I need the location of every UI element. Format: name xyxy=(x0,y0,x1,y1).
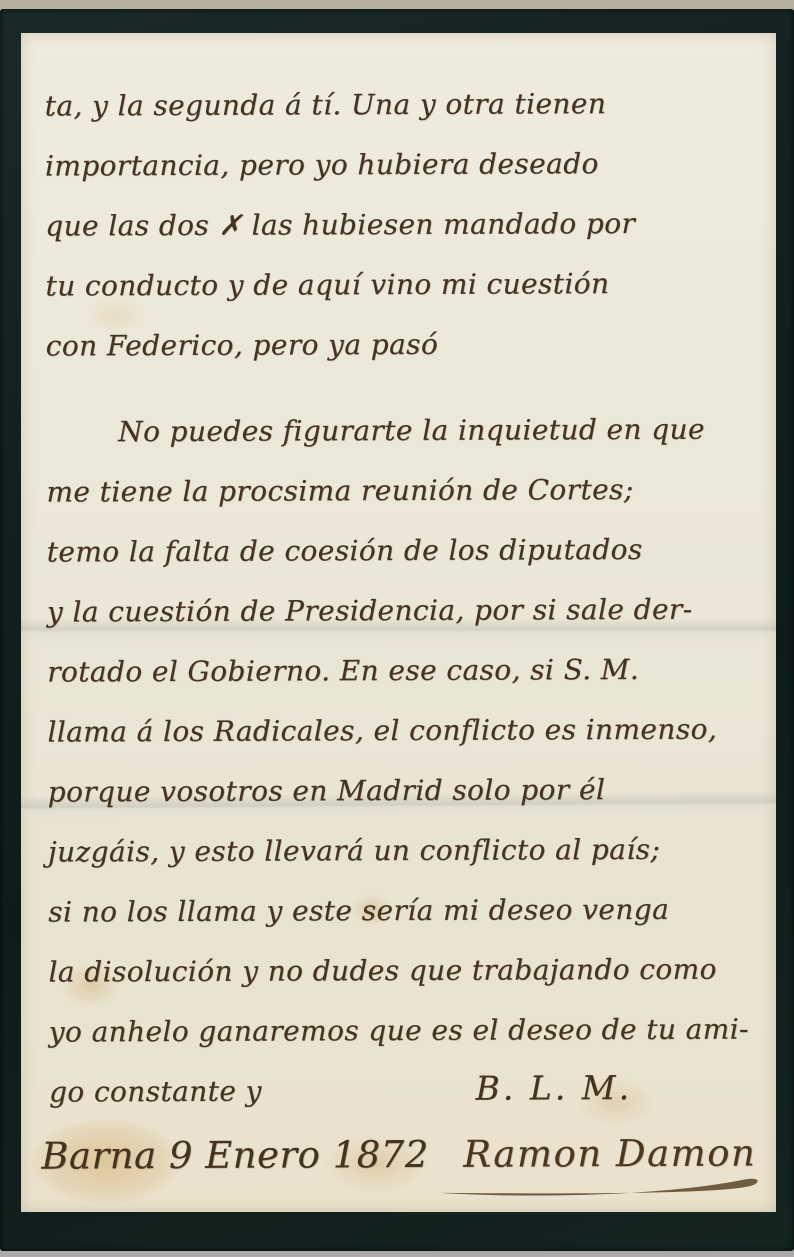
date-line: Barna 9 Enero 1872 xyxy=(41,1133,429,1178)
handwritten-line: yo anhelo ganaremos que es el deseo de t… xyxy=(49,1003,762,1066)
handwritten-line: go constante y xyxy=(49,1066,262,1127)
handwritten-line: me tiene la procsima reunión de Cortes; xyxy=(46,463,759,526)
handwritten-line: si no los llama y este sería mi deseo ve… xyxy=(48,883,761,946)
letter-body: ta, y la segunda á tí. Una y otra tienen… xyxy=(45,77,763,1177)
closing-row: go constante y B. L. M. xyxy=(49,1063,762,1128)
letter-page: ta, y la segunda á tí. Una y otra tienen… xyxy=(21,33,776,1212)
signature: Ramon Damon xyxy=(463,1131,756,1175)
closing-initials: B. L. M. xyxy=(476,1068,633,1108)
handwritten-line: temo la falta de coesión de los diputado… xyxy=(47,523,760,586)
handwritten-line: llama á los Radicales, el conflicto es i… xyxy=(47,703,760,766)
signature-row: Barna 9 Enero 1872 Ramon Damon xyxy=(41,1131,762,1177)
handwritten-line: juzgáis, y esto llevará un conflicto al … xyxy=(48,823,761,886)
handwritten-line: No puedes figurarte la inquietud en que xyxy=(46,403,759,466)
signature-flourish-icon xyxy=(436,1173,766,1200)
handwritten-line: ta, y la segunda á tí. Una y otra tienen xyxy=(45,77,758,140)
handwritten-line: y la cuestión de Presidencia, por si sal… xyxy=(47,583,760,646)
signature-block: Ramon Damon xyxy=(463,1131,762,1175)
handwritten-line: rotado el Gobierno. En ese caso, si S. M… xyxy=(47,643,760,706)
handwritten-line: tu conducto y de aquí vino mi cuestión xyxy=(45,257,758,320)
handwritten-line: con Federico, pero ya pasó xyxy=(46,317,759,380)
handwritten-line: importancia, pero yo hubiera deseado xyxy=(45,137,758,200)
photo-mount: ta, y la segunda á tí. Una y otra tienen… xyxy=(0,0,794,1257)
handwritten-line: porque vosotros en Madrid solo por él xyxy=(48,763,761,826)
handwritten-line: la disolución y no dudes que trabajando … xyxy=(48,943,761,1006)
letter-frame: ta, y la segunda á tí. Una y otra tienen… xyxy=(0,9,794,1251)
handwritten-line-with-strikeout: que las dos ✗ las hubiesen mandado por xyxy=(45,197,758,260)
